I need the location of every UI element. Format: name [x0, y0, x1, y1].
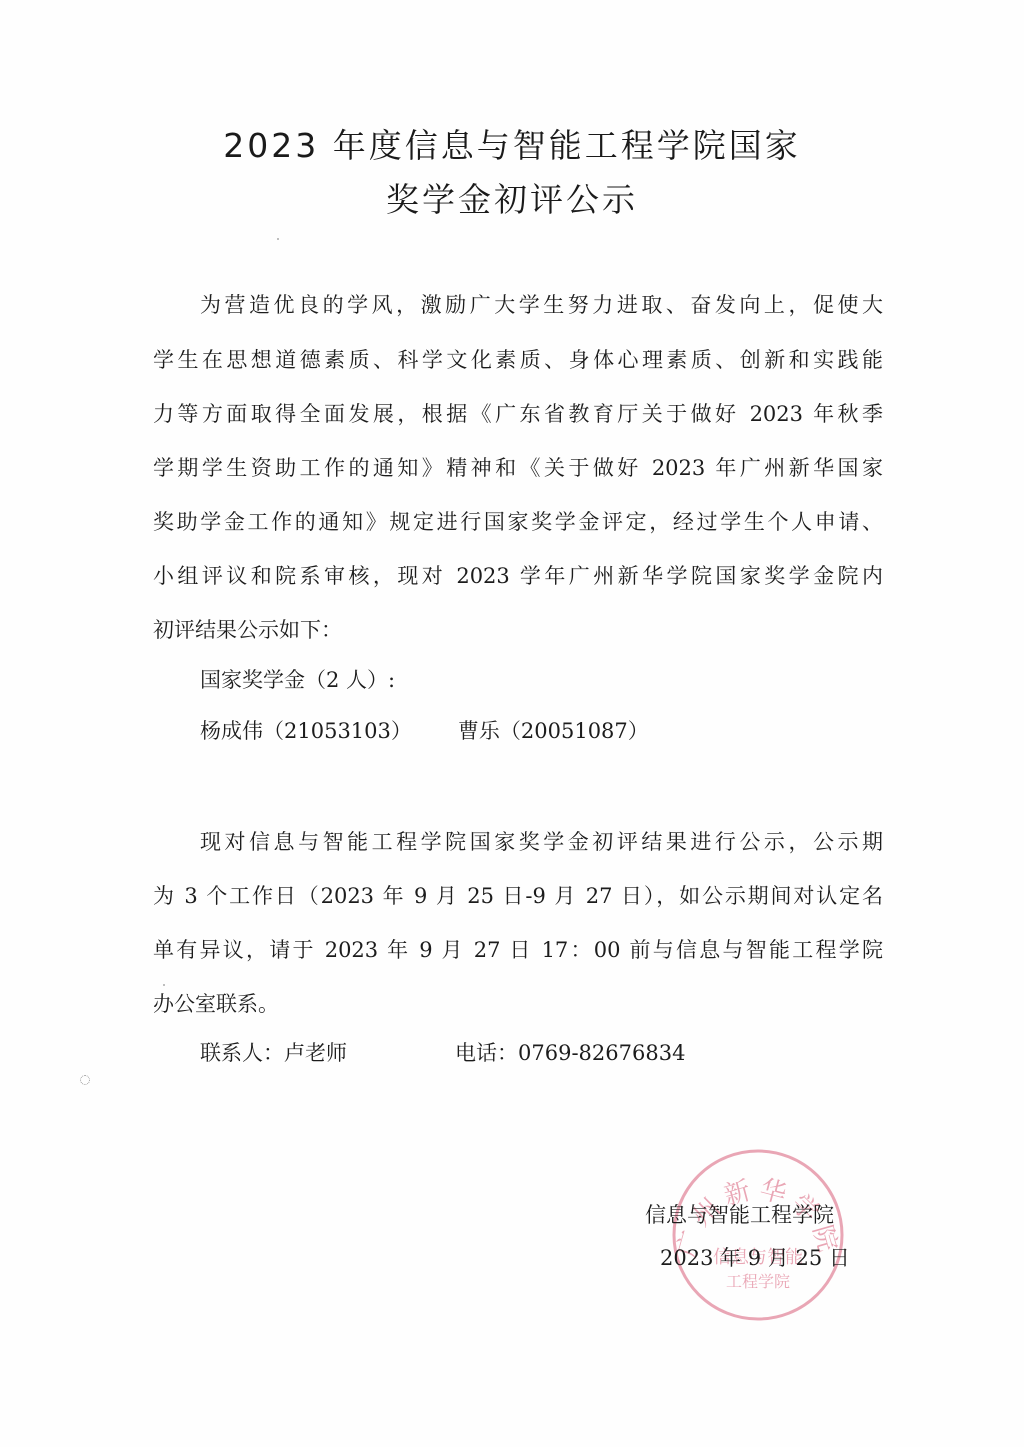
- paragraph-line: 奖助学金工作的通知》规定进行国家奖学金评定，经过学生个人申请、: [153, 507, 883, 537]
- official-seal-icon: 广州新华学院 信息与智能 工程学院: [668, 1145, 848, 1325]
- winner-entry: 杨成伟（21053103）: [200, 719, 412, 743]
- scan-speck: [163, 984, 165, 986]
- paragraph-line: 学生在思想道德素质、科学文化素质、身体心理素质、创新和实践能: [153, 345, 883, 375]
- paragraph-line: 办公室联系。: [153, 989, 279, 1019]
- svg-text:工程学院: 工程学院: [726, 1272, 790, 1291]
- paragraph-line: 为营造优良的学风，激励广大学生努力进取、奋发向上，促使大: [200, 290, 883, 320]
- paragraph-line: 小组评议和院系审核，现对 2023 学年广州新华学院国家奖学金院内: [153, 561, 883, 591]
- scan-speck: [277, 238, 279, 240]
- contact-person: 联系人：卢老师: [200, 1041, 347, 1065]
- document-title-line-2: 奖学金初评公示: [0, 180, 1024, 220]
- document-title-line-1: 2023 年度信息与智能工程学院国家: [0, 126, 1024, 166]
- paragraph-line: 为 3 个工作日（2023 年 9 月 25 日-9 月 27 日），如公示期间…: [153, 881, 883, 911]
- paragraph-line: 力等方面取得全面发展，根据《广东省教育厅关于做好 2023 年秋季: [153, 399, 883, 429]
- paragraph-line: 初评结果公示如下：: [153, 615, 342, 645]
- paragraph-line: 学期学生资助工作的通知》精神和《关于做好 2023 年广州新华国家: [153, 453, 883, 483]
- award-heading: 国家奖学金（2 人）:: [200, 665, 395, 695]
- scan-artifact: [80, 1075, 90, 1085]
- signing-organization: 信息与智能工程学院: [645, 1200, 834, 1230]
- paragraph-line: 单有异议，请于 2023 年 9 月 27 日 17：00 前与信息与智能工程学…: [153, 935, 883, 965]
- winner-list: 杨成伟（21053103）曹乐（20051087）: [200, 716, 649, 746]
- contact-phone: 电话：0769-82676834: [455, 1038, 685, 1068]
- winner-entry: 曹乐（20051087）: [458, 719, 649, 743]
- document-page: 2023 年度信息与智能工程学院国家 奖学金初评公示 为营造优良的学风，激励广大…: [0, 0, 1024, 1447]
- paragraph-line: 现对信息与智能工程学院国家奖学金初评结果进行公示，公示期: [200, 827, 883, 857]
- signing-date: 2023 年 9 月 25 日: [660, 1243, 850, 1273]
- contact-info: 联系人：卢老师 电话：0769-82676834: [200, 1038, 347, 1068]
